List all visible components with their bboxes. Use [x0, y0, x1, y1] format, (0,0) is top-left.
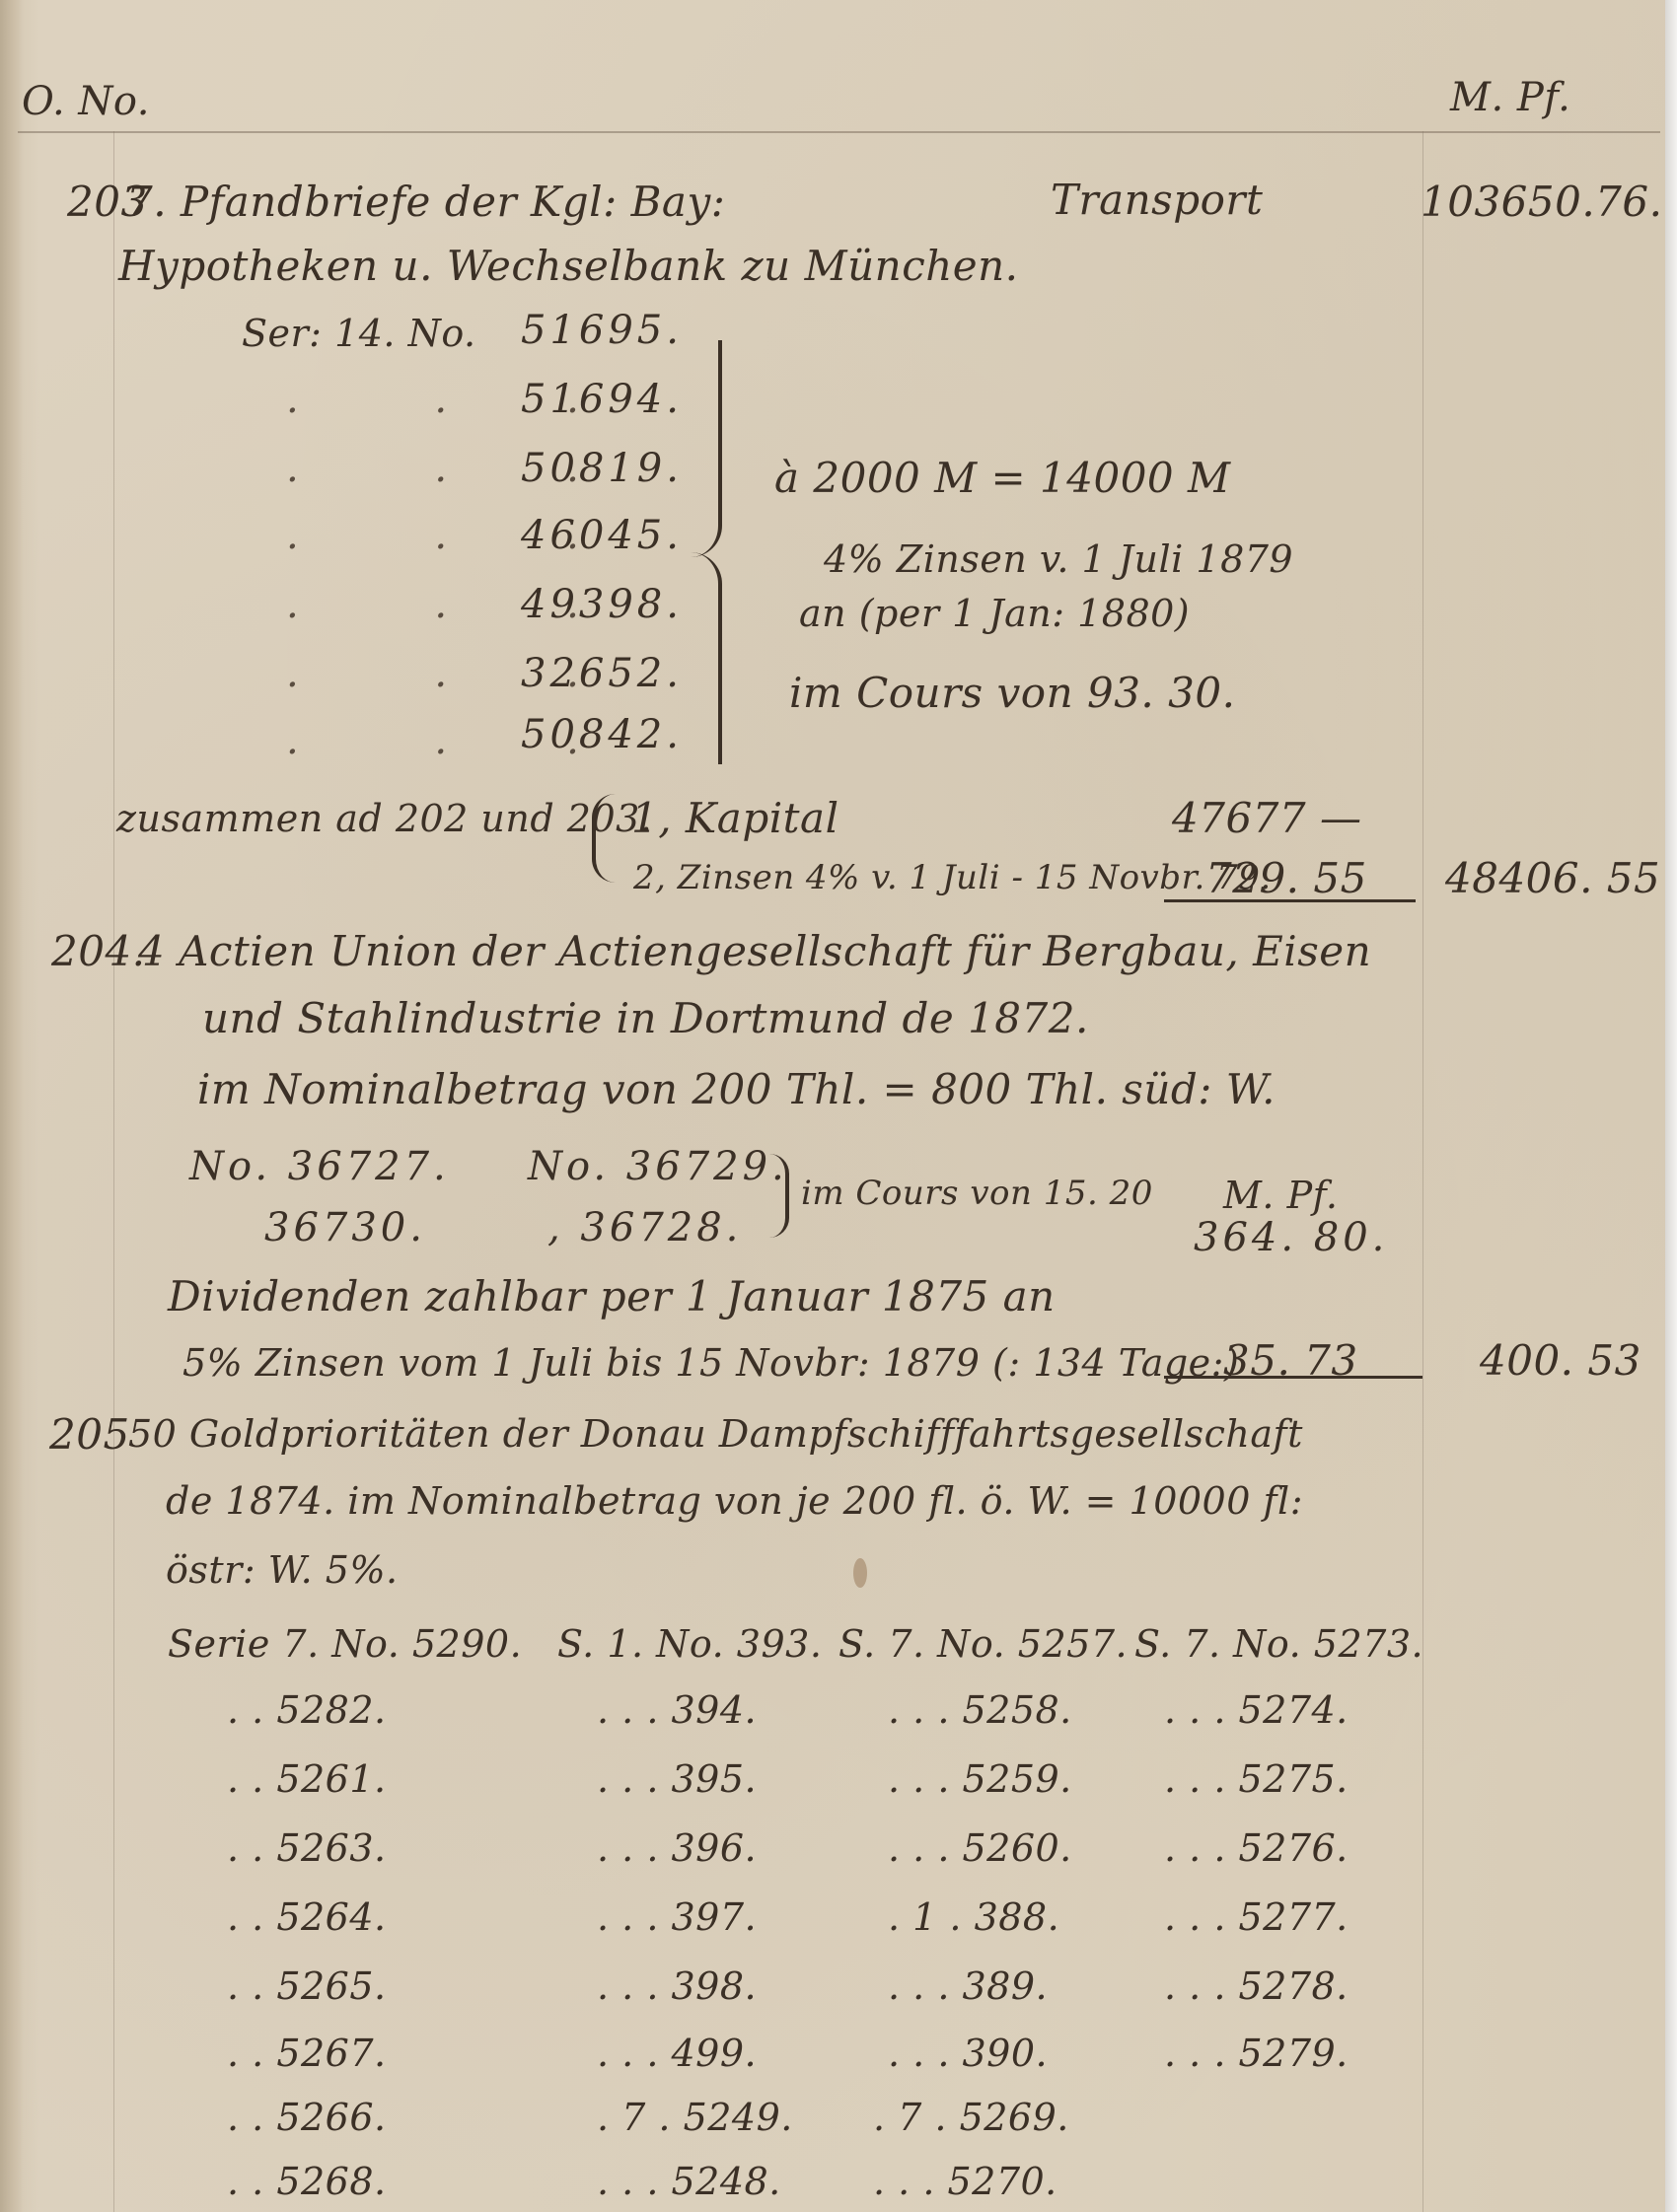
share-interest-line: 5% Zinsen vom 1 Juli bis 15 Novbr: 1879 …: [182, 1341, 1239, 1385]
scan-margin: [1665, 0, 1677, 2212]
header-rule: [18, 131, 1660, 133]
series-cell: . . . 397.: [597, 1895, 757, 1939]
share-cours-note: im Cours von 15. 20: [801, 1174, 1153, 1213]
brace-top: [691, 340, 722, 557]
entry-204-total: 400. 53: [1480, 1336, 1641, 1385]
entry-204-line-3: im Nominalbetrag von 200 Thl. = 800 Thl.…: [197, 1065, 1276, 1113]
series-cell: . . 5261.: [227, 1757, 387, 1801]
brace-bottom: [691, 552, 722, 764]
series-cell: . . . 5278.: [1164, 1964, 1349, 2008]
series-col-3-header: S. 7. No. 5257.: [838, 1622, 1128, 1666]
interest-date-note: an (per 1 Jan: 1880): [799, 592, 1190, 635]
price-note: à 2000 M = 14000 M: [774, 454, 1231, 502]
share-brace: [769, 1154, 789, 1238]
column-header-amount: M. Pf.: [1450, 75, 1570, 120]
bond-number: 32652.: [521, 651, 683, 696]
series-cell: . . . 396.: [597, 1826, 757, 1870]
series-cell: . . . 5258.: [888, 1688, 1072, 1732]
series-cell: . . . 5270.: [873, 2160, 1057, 2203]
entry-205-line-1: 50 Goldprioritäten der Donau Dampfschiff…: [128, 1412, 1303, 1456]
capital-amount: 47677 —: [1172, 794, 1361, 842]
series-cell: . 1 . 388.: [888, 1895, 1059, 1939]
interest-label: 2, Zinsen 4% v. 1 Juli - 15 Novbr. 79.: [633, 858, 1272, 897]
interest-note: 4% Zinsen v. 1 Juli 1879: [824, 537, 1293, 581]
series-cell: . . 5265.: [227, 1964, 387, 2008]
amount-column-rule: [1422, 131, 1423, 2212]
bond-number: 51695.: [521, 308, 683, 353]
share-number: 36730.: [264, 1205, 426, 1250]
bond-number: 46045.: [521, 513, 683, 558]
bond-number: 51694.: [521, 377, 683, 422]
series-cell: . . . 398.: [597, 1964, 757, 2008]
series-cell: . . 5282.: [227, 1688, 387, 1732]
share-number: No. 36729.: [528, 1144, 788, 1189]
series-cell: . . . 5274.: [1164, 1688, 1349, 1732]
series-col-2-header: S. 1. No. 393.: [557, 1622, 822, 1666]
currency-label: M. Pf.: [1223, 1174, 1338, 1217]
series-cell: . . 5263.: [227, 1826, 387, 1870]
cours-note: im Cours von 93. 30.: [789, 669, 1235, 717]
share-subtotal-underline: [1164, 1376, 1422, 1379]
transport-label: Transport: [1051, 176, 1263, 224]
interest-amount: 729. 55: [1205, 854, 1367, 902]
series-cell: . . . 499.: [597, 2032, 757, 2075]
binding-edge: [0, 0, 24, 2212]
series-cell: . . 5264.: [227, 1895, 387, 1939]
series-cell: . . . 5248.: [597, 2160, 781, 2203]
entry-203-total: 48406. 55: [1445, 854, 1660, 902]
share-number: No. 36727.: [189, 1144, 450, 1189]
column-header-number: O. No.: [22, 79, 150, 124]
entry-203-line-2: Hypotheken u. Wechselbank zu München.: [118, 242, 1019, 290]
entry-204-line-2: und Stahlindustrie in Dortmund de 1872.: [202, 994, 1089, 1042]
dividend-line: Dividenden zahlbar per 1 Januar 1875 an: [168, 1272, 1056, 1320]
series-cell: . 7 . 5269.: [873, 2096, 1069, 2139]
series-cell: . . . 5260.: [888, 1826, 1072, 1870]
series-cell: . 7 . 5249.: [597, 2096, 793, 2139]
series-cell: . . 5268.: [227, 2160, 387, 2203]
entry-204-line-1: 4 Actien Union der Actiengesellschaft fü…: [138, 927, 1371, 975]
series-cell: . . 5266.: [227, 2096, 387, 2139]
series-cell: . . . 5259.: [888, 1757, 1072, 1801]
subtotal-underline: [1164, 899, 1416, 902]
entry-203-line-1: 7. Pfandbriefe der Kgl: Bay:: [126, 178, 725, 226]
capital-label: 1, Kapital: [631, 794, 839, 842]
series-cell: . . . 389.: [888, 1964, 1048, 2008]
entry-205-line-3: östr: W. 5%.: [166, 1548, 399, 1592]
ledger-page: O. No. M. Pf. 203 7. Pfandbriefe der Kgl…: [0, 0, 1665, 2212]
share-value: 364. 80.: [1194, 1215, 1388, 1260]
series-cell: . . . 5275.: [1164, 1757, 1349, 1801]
series-cell: . . . 5276.: [1164, 1826, 1349, 1870]
series-cell: . . . 395.: [597, 1757, 757, 1801]
bond-number: 50819.: [521, 446, 683, 491]
series-cell: . . 5267.: [227, 2032, 387, 2075]
series-col-1-header: Serie 7. No. 5290.: [168, 1622, 522, 1666]
summary-brace: [592, 794, 616, 883]
transport-amount: 103650.76.: [1421, 178, 1662, 226]
entry-205-number: 205: [49, 1410, 130, 1459]
number-column-rule: [113, 131, 114, 2212]
series-cell: . . . 5277.: [1164, 1895, 1349, 1939]
bond-number: 49398.: [521, 582, 683, 627]
series-cell: . . . 394.: [597, 1688, 757, 1732]
bond-number: 50842.: [521, 712, 683, 757]
entry-204-number: 204.: [51, 927, 146, 975]
series-cell: . . . 5279.: [1164, 2032, 1349, 2075]
series-label: Ser: 14. No.: [242, 312, 476, 355]
ink-stain: [853, 1558, 867, 1588]
summary-label: zusammen ad 202 und 203.: [116, 797, 652, 840]
series-cell: . . . 390.: [888, 2032, 1048, 2075]
entry-205-line-2: de 1874. im Nominalbetrag von je 200 fl.…: [166, 1479, 1303, 1523]
share-number: , 36728.: [547, 1205, 742, 1250]
series-col-4-header: S. 7. No. 5273.: [1134, 1622, 1423, 1666]
